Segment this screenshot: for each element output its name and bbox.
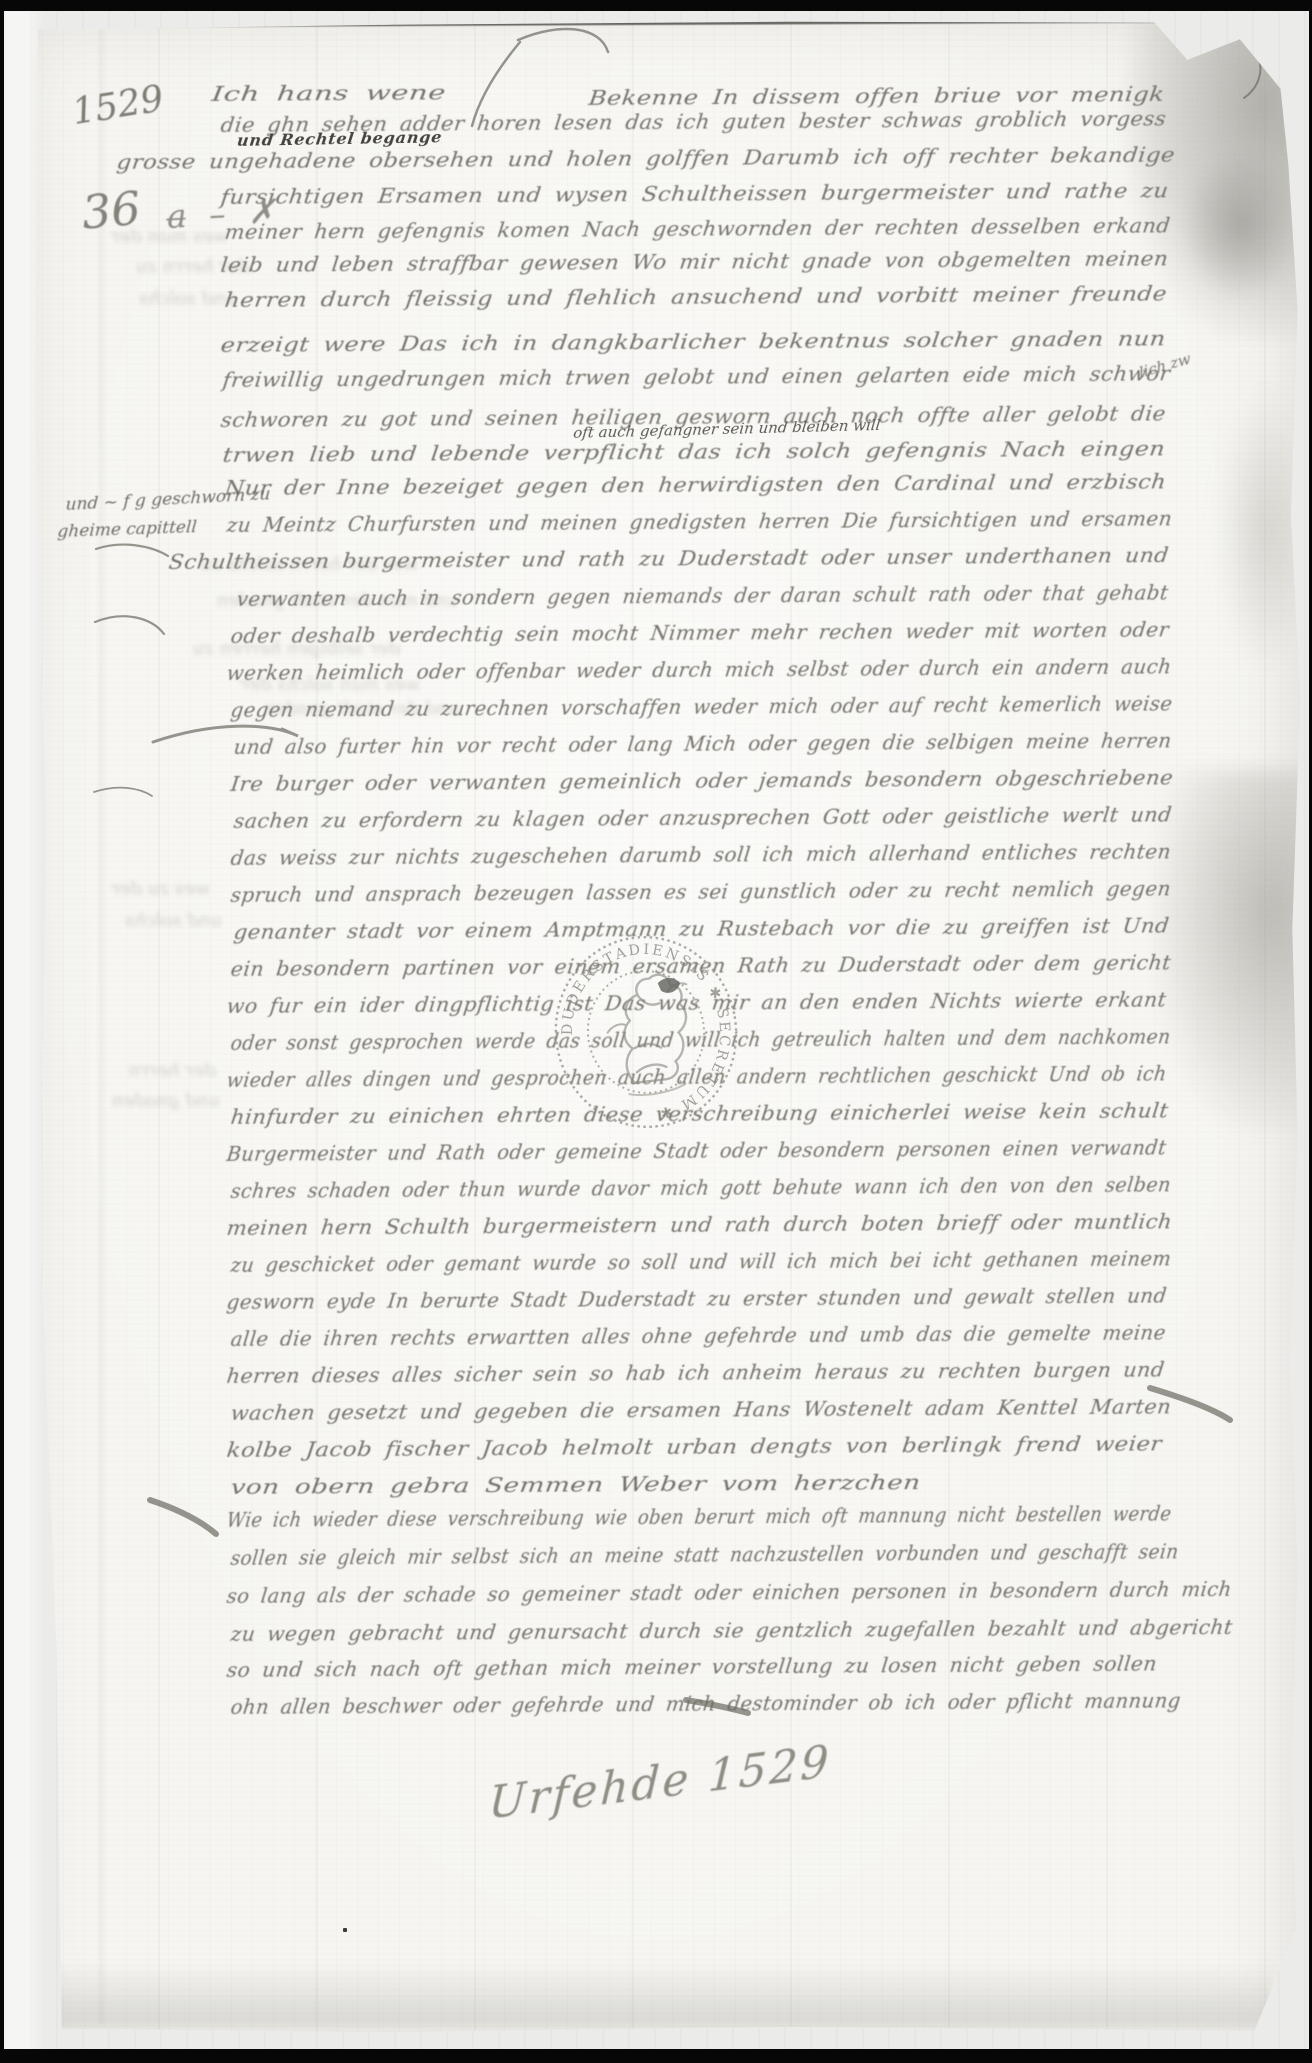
show-through-line: und solchs bbox=[82, 912, 222, 930]
manuscript-line: schres schaden oder thun wurde davor mic… bbox=[230, 1174, 1172, 1201]
manuscript-line: wachen gesetzt und gegeben die ersamen H… bbox=[230, 1396, 1173, 1423]
manuscript-line: Wie ich wieder diese verschreibung wie o… bbox=[226, 1503, 1173, 1530]
stamp-ink-blot bbox=[657, 976, 681, 995]
manuscript-line: Bekenne In dissem offen briue vor menigk bbox=[588, 84, 1166, 108]
manuscript-line: leib und leben straffbar gewesen Wo mir … bbox=[220, 248, 1170, 275]
margin-note-line2: gheime capittell bbox=[57, 519, 198, 541]
manuscript-line: und also furter hin vor recht oder lang … bbox=[233, 730, 1173, 757]
manuscript-line: spruch und ansprach bezeugen lassen es s… bbox=[230, 878, 1172, 905]
shelf-symbol-mark: a̶ – ✗ bbox=[166, 194, 282, 233]
manuscript-line: werken heimlich oder offenbar weder durc… bbox=[226, 656, 1173, 683]
manuscript-line: alle die ihren rechts erwartten alles oh… bbox=[230, 1322, 1167, 1349]
manuscript-line: Nur der Inne bezeiget gegen den herwirdi… bbox=[224, 471, 1168, 498]
manuscript-line: zu Meintz Churfursten und meinen gnedigs… bbox=[226, 508, 1174, 535]
scanned-manuscript-page: wes man derder herrn zuund solchswes der… bbox=[0, 0, 1312, 2063]
manuscript-line: kolbe Jacob fischer Jacob helmolt urban … bbox=[226, 1433, 1163, 1460]
manuscript-line: Ire burger oder verwanten gemeinlich ode… bbox=[230, 767, 1175, 794]
stamp-base-scroll bbox=[628, 1084, 686, 1099]
show-through-line: wes zu der bbox=[80, 880, 210, 898]
manuscript-line: freiwillig ungedrungen mich trwen gelobt… bbox=[222, 363, 1172, 390]
manuscript-line: trwen lieb und lebende verpflicht das ic… bbox=[222, 438, 1167, 465]
manuscript-line: fursichtigen Ersamen und wysen Schulthei… bbox=[220, 180, 1170, 207]
manuscript-line: gegen niemand zu zurechnen vorschaffen w… bbox=[230, 693, 1174, 720]
manuscript-line: das weiss zur nichts zugeschehen darumb … bbox=[230, 841, 1172, 868]
archive-stamp: DUDERSTADIENSIS ✱ SECRETUM ✱ bbox=[548, 930, 744, 1134]
manuscript-line: Ich hans wene bbox=[211, 82, 448, 104]
manuscript-line: Schultheissen burgermeister und rath zu … bbox=[168, 545, 1170, 572]
manuscript-line: ohn allen beschwer oder gefehrde und mic… bbox=[230, 1690, 1182, 1717]
manuscript-line: von obern gebra Semmen Weber vom herzche… bbox=[230, 1472, 922, 1497]
interline-correction-note: und Rechtel begange bbox=[236, 129, 443, 149]
stamp-ring-text: DUDERSTADIENSIS ✱ SECRETUM ✱ bbox=[548, 930, 744, 1134]
manuscript-line: sachen zu erfordern zu klagen oder anzus… bbox=[233, 804, 1173, 831]
manuscript-line: verwanten auch in sondern gegen niemands… bbox=[236, 582, 1170, 609]
manuscript-line: so und sich nach oft gethan mich meiner … bbox=[226, 1654, 1158, 1681]
manuscript-line: gesworn eyde In berurte Stadt Duderstadt… bbox=[226, 1285, 1168, 1312]
shelf-number: 36 bbox=[80, 185, 142, 236]
manuscript-line: herren durch fleissig und flehlich ansuc… bbox=[224, 283, 1169, 310]
manuscript-line: Burgermeister und Rath oder gemeine Stad… bbox=[226, 1137, 1168, 1164]
manuscript-line: zu wegen gebracht und genursacht durch s… bbox=[230, 1617, 1234, 1644]
stamp-outer-ring bbox=[548, 930, 744, 1134]
manuscript-line: herren dieses alles sicher sein so hab i… bbox=[226, 1359, 1166, 1386]
paper-sheet: wes man derder herrn zuund solchswes der… bbox=[0, 0, 1312, 2063]
show-through-line: der herrn bbox=[96, 1062, 216, 1080]
manuscript-line: meinen hern Schulth burgermeistern und r… bbox=[226, 1211, 1174, 1238]
manuscript-line: so lang als der schade so gemeiner stadt… bbox=[226, 1579, 1233, 1606]
show-through-line: und gnaden bbox=[90, 1092, 220, 1110]
manuscript-line: zu geschicket oder gemant wurde so soll … bbox=[230, 1248, 1173, 1275]
ink-speck bbox=[343, 1928, 347, 1932]
manuscript-line: oder deshalb verdechtig sein mocht Nimme… bbox=[230, 619, 1170, 646]
manuscript-line: erzeigt were Das ich in dangkbarlicher b… bbox=[220, 328, 1167, 355]
stamp-lion-icon bbox=[599, 970, 702, 1088]
manuscript-line: meiner hern gefengnis komen Nach geschwo… bbox=[224, 215, 1172, 242]
show-through-line: und solchs bbox=[76, 290, 236, 308]
manuscript-line: sollen sie gleich mir selbst sich an mei… bbox=[230, 1541, 1180, 1568]
